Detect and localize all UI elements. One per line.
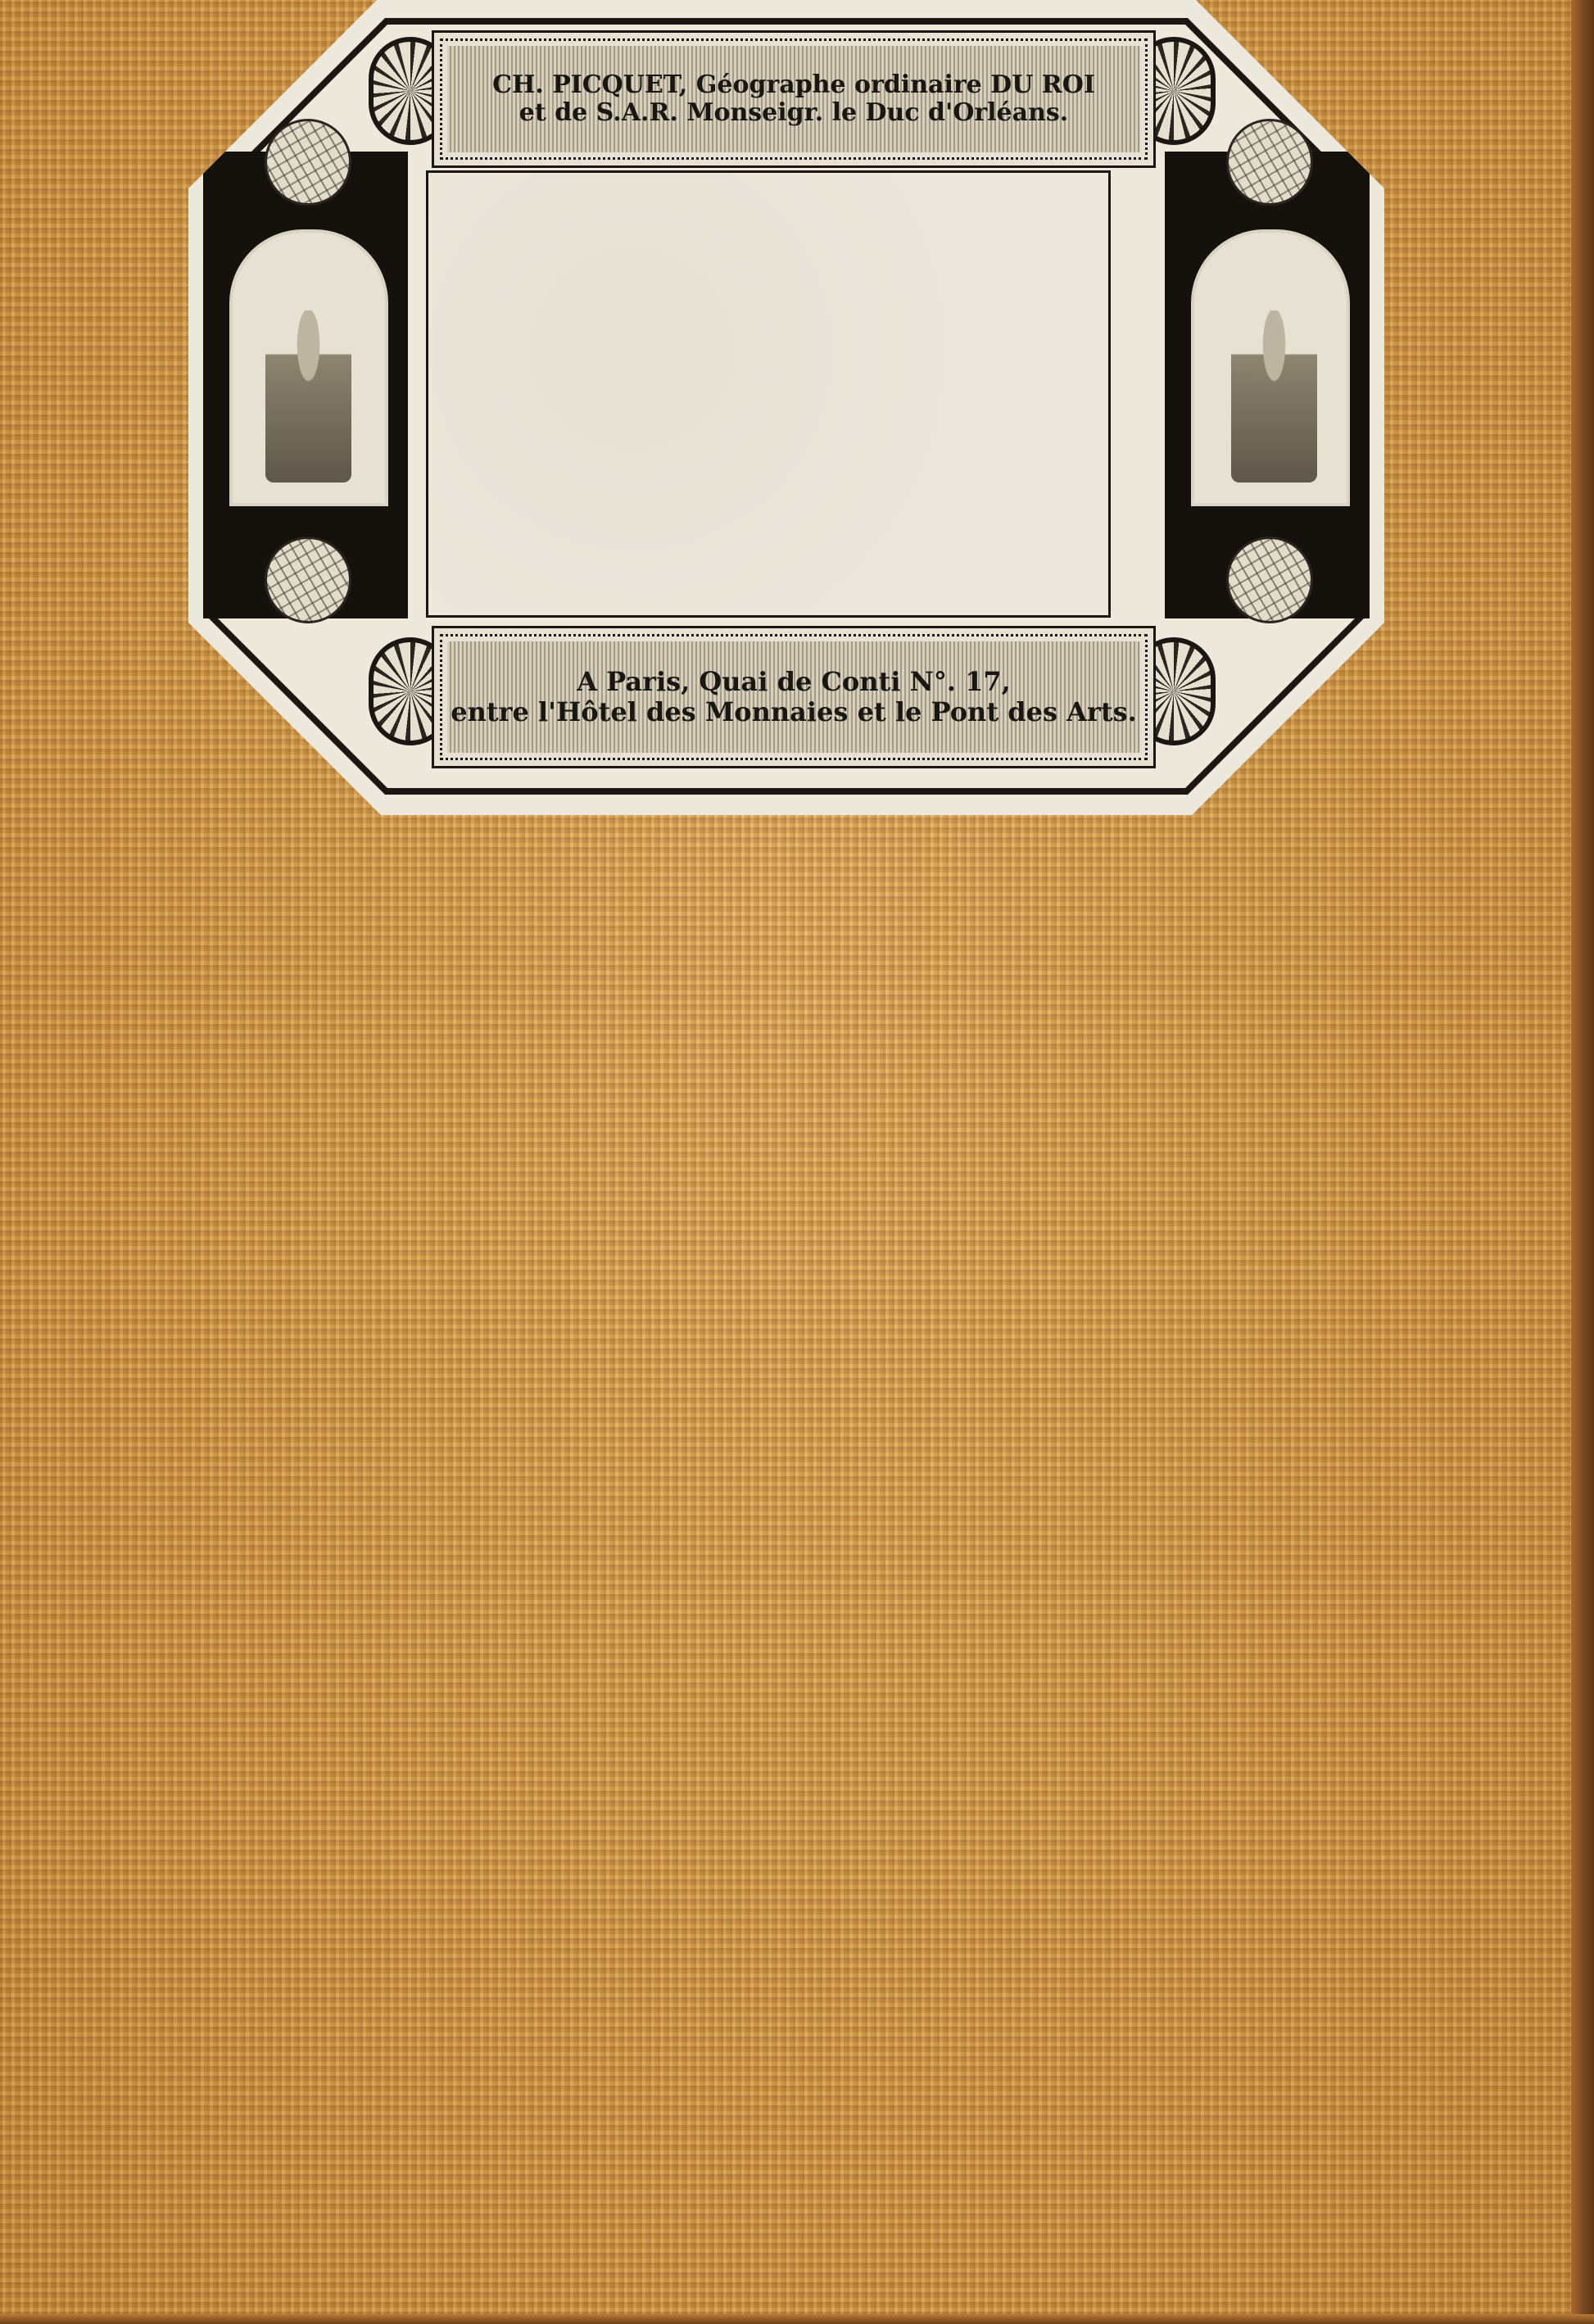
left-ornament-panel [203, 152, 408, 618]
publisher-title-panel: CH. PICQUET, Géographe ordinaire DU ROI … [434, 33, 1153, 165]
blank-label-area [426, 170, 1111, 618]
globe-icon [1226, 119, 1313, 206]
publisher-title-line-2: et de S.A.R. Monseigr. le Duc d'Orléans. [519, 99, 1068, 128]
case-spine-edge [1571, 0, 1594, 2324]
globe-icon [1226, 537, 1313, 623]
right-ornament-panel [1165, 152, 1370, 618]
globe-icon [265, 537, 351, 623]
seated-figure-left [265, 310, 351, 482]
case-bottom-edge [0, 2314, 1594, 2324]
publisher-title-line-1: CH. PICQUET, Géographe ordinaire DU ROI [492, 71, 1095, 100]
address-line-1: A Paris, Quai de Conti N°. 17, [577, 667, 1011, 697]
seated-figure-right [1231, 310, 1317, 482]
publisher-label: CH. PICQUET, Géographe ordinaire DU ROI … [188, 0, 1384, 815]
address-line-2: entre l'Hôtel des Monnaies et le Pont de… [451, 697, 1137, 727]
gothic-niche-left [229, 229, 388, 506]
publisher-address-panel: A Paris, Quai de Conti N°. 17, entre l'H… [434, 628, 1153, 766]
globe-icon [265, 119, 351, 206]
gothic-niche-right [1191, 229, 1350, 506]
